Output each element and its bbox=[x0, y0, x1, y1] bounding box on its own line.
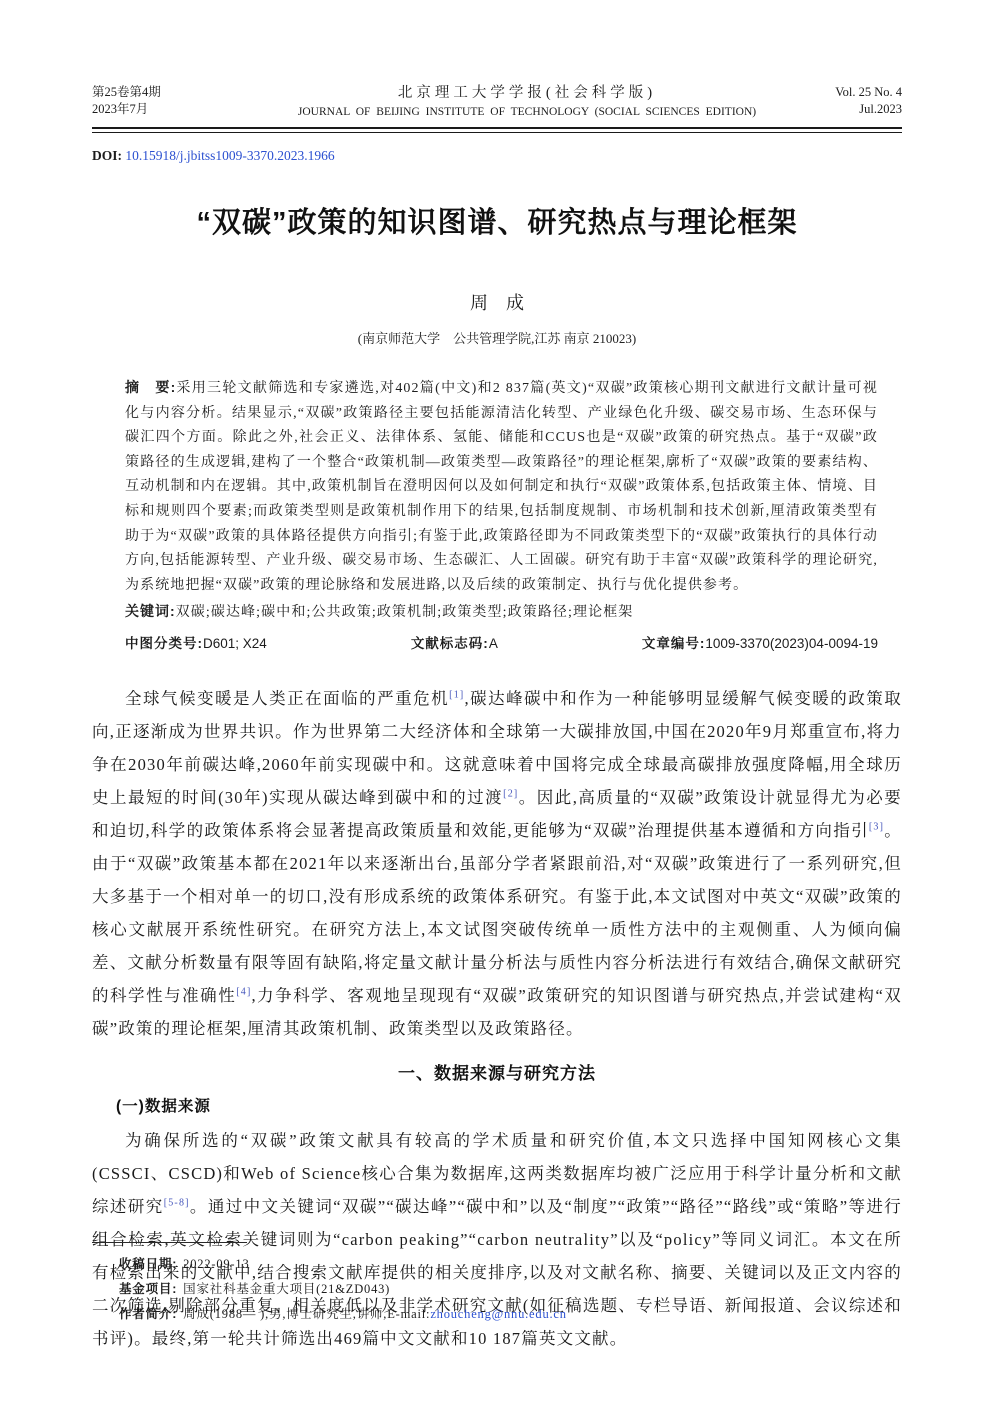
author-bio-text: 周成(1988— ),男,博士研究生,讲师,E-mail: bbox=[183, 1307, 430, 1321]
doi-line: DOI: 10.15918/j.jbitss1009-3370.2023.196… bbox=[92, 148, 902, 164]
abstract-paragraph: 摘 要:采用三轮文献筛选和专家遴选,对402篇(中文)和2 837篇(英文)“双… bbox=[125, 375, 878, 598]
abstract-block: 摘 要:采用三轮文献筛选和专家遴选,对402篇(中文)和2 837篇(英文)“双… bbox=[125, 375, 878, 656]
volume-issue-en: Vol. 25 No. 4 bbox=[812, 84, 902, 101]
section-heading-1: 一、数据来源与研究方法 bbox=[92, 1059, 902, 1084]
fund-project-label: 基金项目: bbox=[119, 1282, 177, 1296]
author-bio-label: 作者简介: bbox=[119, 1307, 177, 1321]
citation-ref[interactable]: [4] bbox=[236, 986, 251, 997]
abstract-text: 采用三轮文献筛选和专家遴选,对402篇(中文)和2 837篇(英文)“双碳”政策… bbox=[125, 381, 878, 593]
subsection-heading-1-1: (一)数据来源 bbox=[116, 1094, 902, 1116]
classification-line: 中图分类号:D601; X24 文献标志码:A 文章编号:1009-3370(2… bbox=[125, 632, 878, 656]
abstract-label: 摘 要: bbox=[125, 379, 176, 395]
body-paragraph-1: 全球气候变暖是人类正在面临的严重危机[1],碳达峰碳中和作为一种能够明显缓解气候… bbox=[92, 682, 902, 1045]
citation-ref[interactable]: [5-8] bbox=[164, 1197, 190, 1208]
author-name: 周 成 bbox=[92, 289, 902, 315]
author-email-link[interactable]: zhoucheng@nnu.edu.cn bbox=[430, 1307, 567, 1321]
journal-title-en: JOURNAL OF BEIJING INSTITUTE OF TECHNOLO… bbox=[242, 104, 812, 120]
clc-item: 中图分类号:D601; X24 bbox=[125, 632, 267, 656]
clc-label: 中图分类号: bbox=[125, 636, 203, 651]
author-affiliation: (南京师范大学 公共管理学院,江苏 南京 210023) bbox=[92, 328, 902, 347]
date-en: Jul.2023 bbox=[812, 101, 902, 118]
paper-page: 第25卷第4期 2023年7月 北京理工大学学报(社会科学版) JOURNAL … bbox=[0, 0, 992, 1403]
footnote-block: 收稿日期:2022-09-13 基金项目:国家社科基金重大项目(21&ZD043… bbox=[92, 1242, 902, 1327]
citation-ref[interactable]: [3] bbox=[869, 821, 884, 832]
article-title: “双碳”政策的知识图谱、研究热点与理论框架 bbox=[92, 200, 902, 241]
footnote-rule bbox=[92, 1242, 247, 1243]
doc-code-label: 文献标志码: bbox=[411, 636, 489, 651]
author-bio-line: 作者简介:周成(1988— ),男,博士研究生,讲师,E-mail:zhouch… bbox=[119, 1302, 902, 1327]
keywords-label: 关键词: bbox=[125, 603, 176, 619]
citation-ref[interactable]: [2] bbox=[503, 788, 518, 799]
keywords-line: 关键词:双碳;碳达峰;碳中和;公共政策;政策机制;政策类型;政策路径;理论框架 bbox=[125, 599, 878, 626]
received-date-label: 收稿日期: bbox=[119, 1257, 177, 1271]
doc-code-item: 文献标志码:A bbox=[411, 632, 498, 656]
volume-issue-en-block: Vol. 25 No. 4 Jul.2023 bbox=[812, 84, 902, 118]
keywords-text: 双碳;碳达峰;碳中和;公共政策;政策机制;政策类型;政策路径;理论框架 bbox=[176, 605, 634, 620]
fund-project-line: 基金项目:国家社科基金重大项目(21&ZD043) bbox=[119, 1277, 902, 1302]
received-date-line: 收稿日期:2022-09-13 bbox=[119, 1252, 902, 1277]
journal-title-cn: 北京理工大学学报(社会科学版) bbox=[242, 84, 812, 102]
doc-code-value: A bbox=[489, 636, 498, 651]
citation-ref[interactable]: [1] bbox=[449, 689, 464, 700]
doi-label: DOI: bbox=[92, 148, 122, 163]
journal-title-block: 北京理工大学学报(社会科学版) JOURNAL OF BEIJING INSTI… bbox=[242, 84, 812, 120]
header-double-rule bbox=[92, 127, 902, 133]
article-id-label: 文章编号: bbox=[642, 636, 706, 651]
volume-issue-block: 第25卷第4期 2023年7月 bbox=[92, 84, 242, 118]
volume-issue-cn: 第25卷第4期 bbox=[92, 84, 242, 101]
journal-header: 第25卷第4期 2023年7月 北京理工大学学报(社会科学版) JOURNAL … bbox=[92, 84, 902, 120]
clc-value: D601; X24 bbox=[203, 636, 267, 651]
fund-project-value: 国家社科基金重大项目(21&ZD043) bbox=[183, 1282, 390, 1296]
article-id-item: 文章编号:1009-3370(2023)04-0094-19 bbox=[642, 632, 878, 656]
received-date-value: 2022-09-13 bbox=[183, 1257, 249, 1271]
date-cn: 2023年7月 bbox=[92, 101, 242, 118]
article-id-value: 1009-3370(2023)04-0094-19 bbox=[705, 636, 878, 651]
doi-link[interactable]: 10.15918/j.jbitss1009-3370.2023.1966 bbox=[125, 148, 334, 163]
